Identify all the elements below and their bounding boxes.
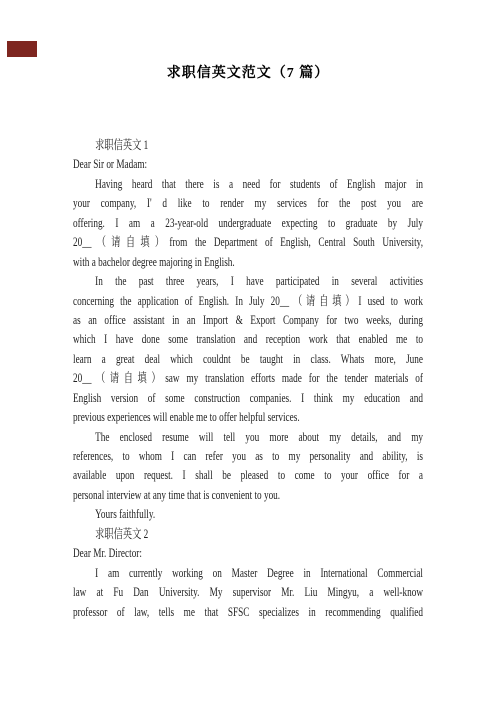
text-line: concerning the application of English. I… — [73, 292, 423, 311]
text-line: learn a great deal which couldnt be taug… — [73, 350, 423, 369]
document-page: 求职信英文范文（7 篇） 求职信英文 1Dear Sir or Madam:Ha… — [0, 0, 496, 702]
document-title: 求职信英文范文（7 篇） — [0, 62, 496, 82]
text-line: professor of law, tells me that SFSC spe… — [73, 603, 423, 622]
text-line: The enclosed resume will tell you more a… — [73, 428, 423, 447]
text-line: personal interview at any time that is c… — [73, 486, 423, 505]
text-line: 20__（请自填）from the Department of English,… — [73, 233, 423, 252]
text-line: references, to whom I can refer you as t… — [73, 447, 423, 466]
text-line: Dear Sir or Madam: — [73, 155, 423, 174]
text-line: 20__（请自填）saw my translation efforts made… — [73, 369, 423, 388]
text-line: previous experiences will enable me to o… — [73, 408, 423, 427]
text-line: Having heard that there is a need for st… — [73, 175, 423, 194]
text-line: law at Fu Dan University. My supervisor … — [73, 583, 423, 602]
text-line: with a bachelor degree majoring in Engli… — [73, 253, 423, 272]
text-line: Dear Mr. Director: — [73, 544, 423, 563]
text-line: available upon request. I shall be pleas… — [73, 466, 423, 485]
text-line: which I have done some translation and r… — [73, 330, 423, 349]
corner-red-mark — [7, 41, 37, 57]
text-line: In the past three years, I have particip… — [73, 272, 423, 291]
text-line: English version of some construction com… — [73, 389, 423, 408]
text-line: I am currently working on Master Degree … — [73, 564, 423, 583]
text-line: 求职信英文 2 — [73, 525, 423, 544]
text-line: 求职信英文 1 — [73, 136, 423, 155]
text-line: your company, I' d like to render my ser… — [73, 194, 423, 213]
text-line: as an office assistant in an Import & Ex… — [73, 311, 423, 330]
text-line: offering. I am a 23-year-old undergradua… — [73, 214, 423, 233]
text-line: Yours faithfully. — [73, 505, 423, 524]
document-body: 求职信英文 1Dear Sir or Madam:Having heard th… — [73, 136, 423, 622]
